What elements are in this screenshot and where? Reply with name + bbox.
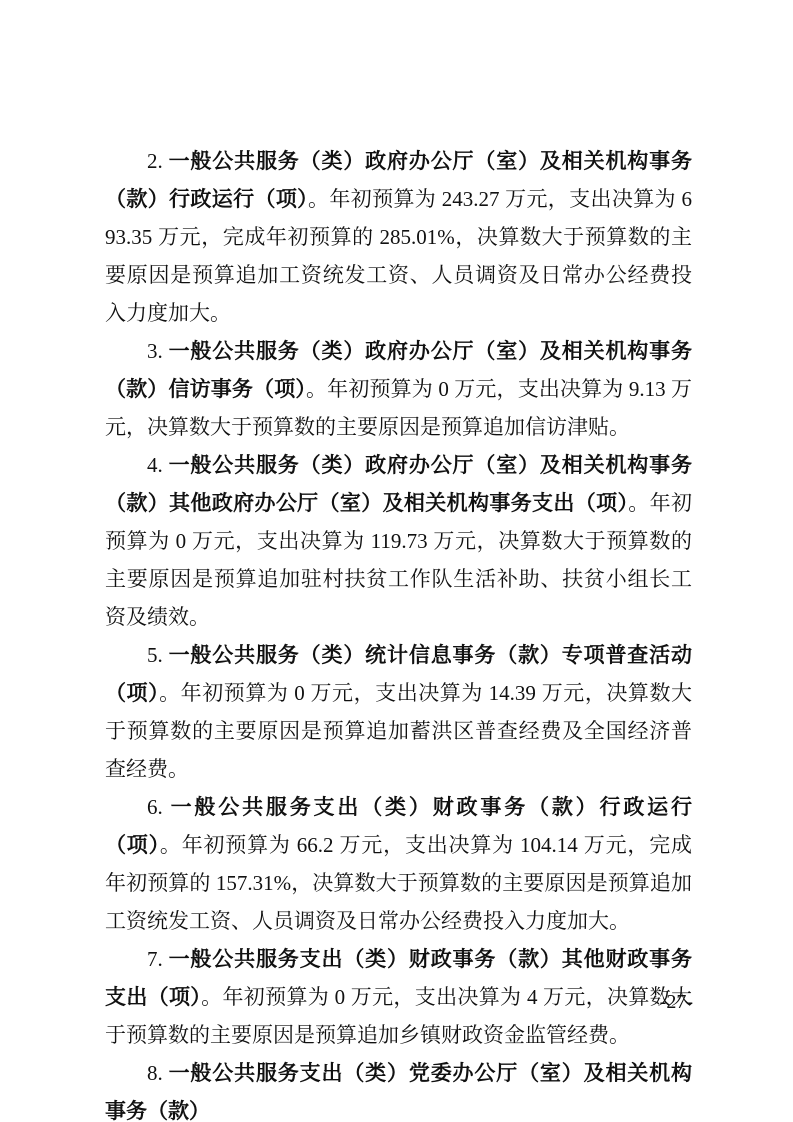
para-number: 8. <box>147 1061 163 1085</box>
para-number: 7. <box>147 947 163 971</box>
budget-paragraph-6: 6.一般公共服务支出（类）财政事务（款）行政运行（项）。年初预算为 66.2 万… <box>105 788 692 940</box>
para-body: 。年初预算为 0 万元，支出决算为 14.39 万元，决算数大于预算数的主要原因… <box>105 681 692 781</box>
para-number: 4. <box>147 453 163 477</box>
document-page: 2.一般公共服务（类）政府办公厅（室）及相关机构事务（款）行政运行（项）。年初预… <box>0 0 793 1122</box>
budget-paragraph-7: 7.一般公共服务支出（类）财政事务（款）其他财政事务支出（项）。年初预算为 0 … <box>105 940 692 1054</box>
para-number: 6. <box>147 795 163 819</box>
page-number: -27- <box>660 990 693 1014</box>
para-number: 3. <box>147 339 163 363</box>
budget-paragraph-2: 2.一般公共服务（类）政府办公厅（室）及相关机构事务（款）行政运行（项）。年初预… <box>105 142 692 332</box>
budget-paragraph-4: 4.一般公共服务（类）政府办公厅（室）及相关机构事务（款）其他政府办公厅（室）及… <box>105 446 692 636</box>
para-heading: 一般公共服务（类）政府办公厅（室）及相关机构事务（款）其他政府办公厅（室）及相关… <box>105 453 692 515</box>
budget-paragraph-5: 5.一般公共服务（类）统计信息事务（款）专项普查活动（项）。年初预算为 0 万元… <box>105 636 692 788</box>
para-heading: 一般公共服务支出（类）党委办公厅（室）及相关机构事务（款） <box>105 1061 692 1122</box>
para-number: 2. <box>147 149 163 173</box>
document-body: 2.一般公共服务（类）政府办公厅（室）及相关机构事务（款）行政运行（项）。年初预… <box>105 142 692 1122</box>
para-number: 5. <box>147 643 163 667</box>
budget-paragraph-8: 8.一般公共服务支出（类）党委办公厅（室）及相关机构事务（款） <box>105 1054 692 1122</box>
para-body: 。年初预算为 66.2 万元，支出决算为 104.14 万元，完成年初预算的 1… <box>105 833 692 933</box>
budget-paragraph-3: 3.一般公共服务（类）政府办公厅（室）及相关机构事务（款）信访事务（项）。年初预… <box>105 332 692 446</box>
